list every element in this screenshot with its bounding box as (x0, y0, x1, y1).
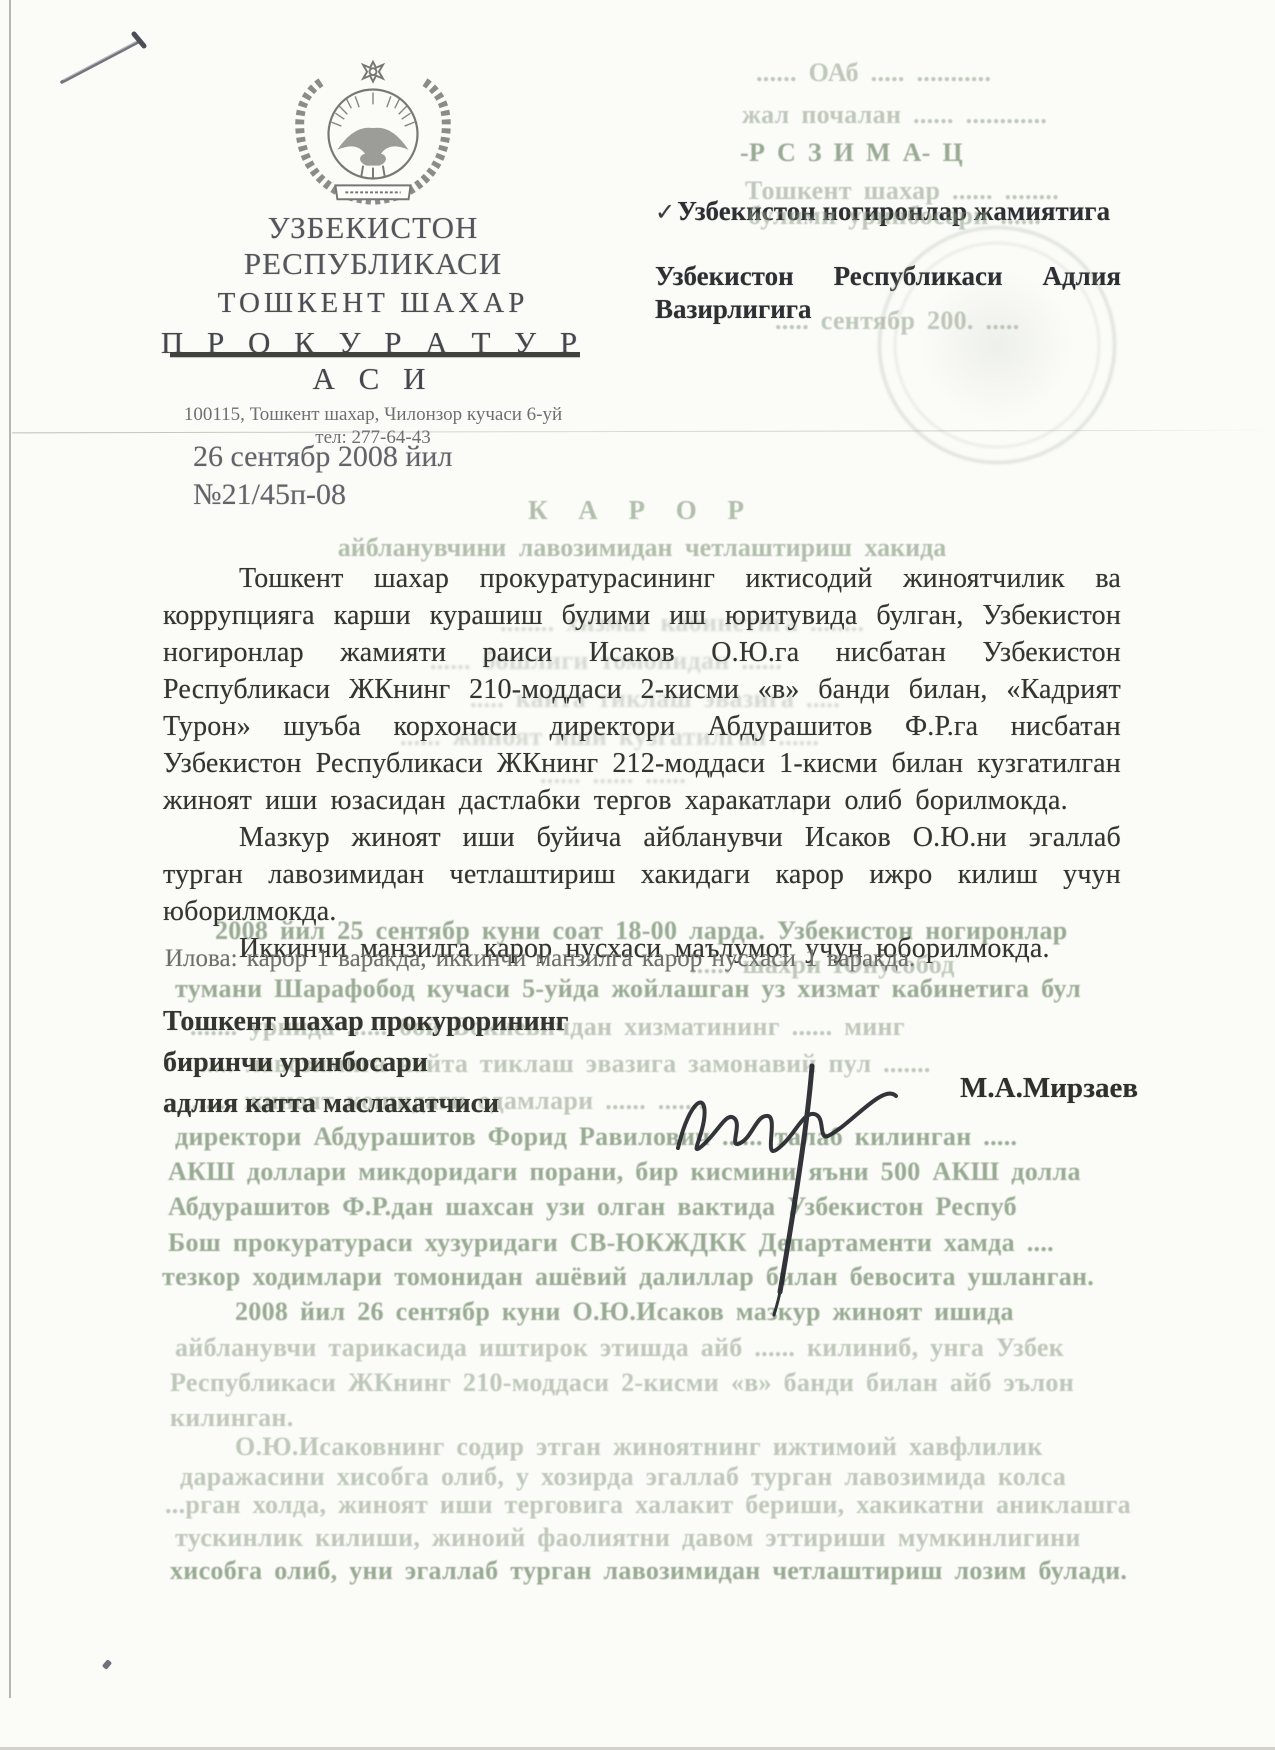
bleedthrough-line: килинган. (170, 1403, 294, 1433)
bleedthrough-line: даражасини хисобга олиб, у хозирда эгалл… (180, 1462, 1066, 1492)
bleedthrough-line: -Р С З И М А- Ц (740, 138, 963, 168)
body-paragraph-1: Тошкент шахар прокуратурасининг иктисоди… (163, 560, 1121, 819)
signature-title-line-3: адлия катта маслахатчиси (163, 1083, 568, 1124)
body-paragraph-2: Мазкур жиноят иши буйича айбланувчи Исак… (163, 819, 1121, 930)
bleedthrough-line: хисобга олиб, уни эгаллаб турган лавозим… (170, 1556, 1127, 1586)
signature-title-line-1: Тошкент шахар прокурорининг (163, 1001, 568, 1042)
bleedthrough-line: ..... сентябр 200. ..... (775, 306, 1020, 336)
bleedthrough-line: ...рган холда, жиноят иши терговига хала… (165, 1490, 1131, 1520)
bleedthrough-line: булими уринбосари ...... (748, 201, 1041, 231)
round-stamp-bleedthrough (878, 226, 1116, 464)
signature-title-line-2: биринчи уринбосари (163, 1042, 568, 1083)
bleedthrough-line: ...... ОАб ..... ........... (756, 58, 991, 88)
bleedthrough-line: жал почалан ...... ............ (742, 100, 1047, 130)
scanned-letter-page: К А Р О Р айбланувчини лавозимидан четла… (0, 0, 1275, 1750)
bleedthrough-line: Республикаси ЖКнинг 210-моддаси 2-кисми … (170, 1368, 1074, 1398)
letter-body: Тошкент шахар прокуратурасининг иктисоди… (163, 560, 1121, 967)
signature-title-block: Тошкент шахар прокурорининг биринчи урин… (163, 1001, 568, 1124)
bleedthrough-line: айбланувчи тарикасида иштирок этишда айб… (175, 1333, 1064, 1363)
bleedthrough-line: О.Ю.Исаковнинг содир этган жиноятнинг иж… (235, 1432, 1043, 1462)
bleedthrough-subheading: айбланувчини лавозимидан четлаштириш хак… (163, 533, 1121, 563)
attachment-line: Илова: карор 1 варакда, иккинчи манзилга… (165, 945, 915, 973)
handwritten-signature (660, 1028, 1050, 1328)
bleedthrough-line: тускинлик килиши, жиноий фаолиятни давом… (175, 1523, 1081, 1553)
bleedthrough-heading: К А Р О Р (163, 495, 1121, 526)
bleedthrough-line: тумани Шарафобод кучаси 5-уйда жойлашган… (175, 974, 1081, 1004)
